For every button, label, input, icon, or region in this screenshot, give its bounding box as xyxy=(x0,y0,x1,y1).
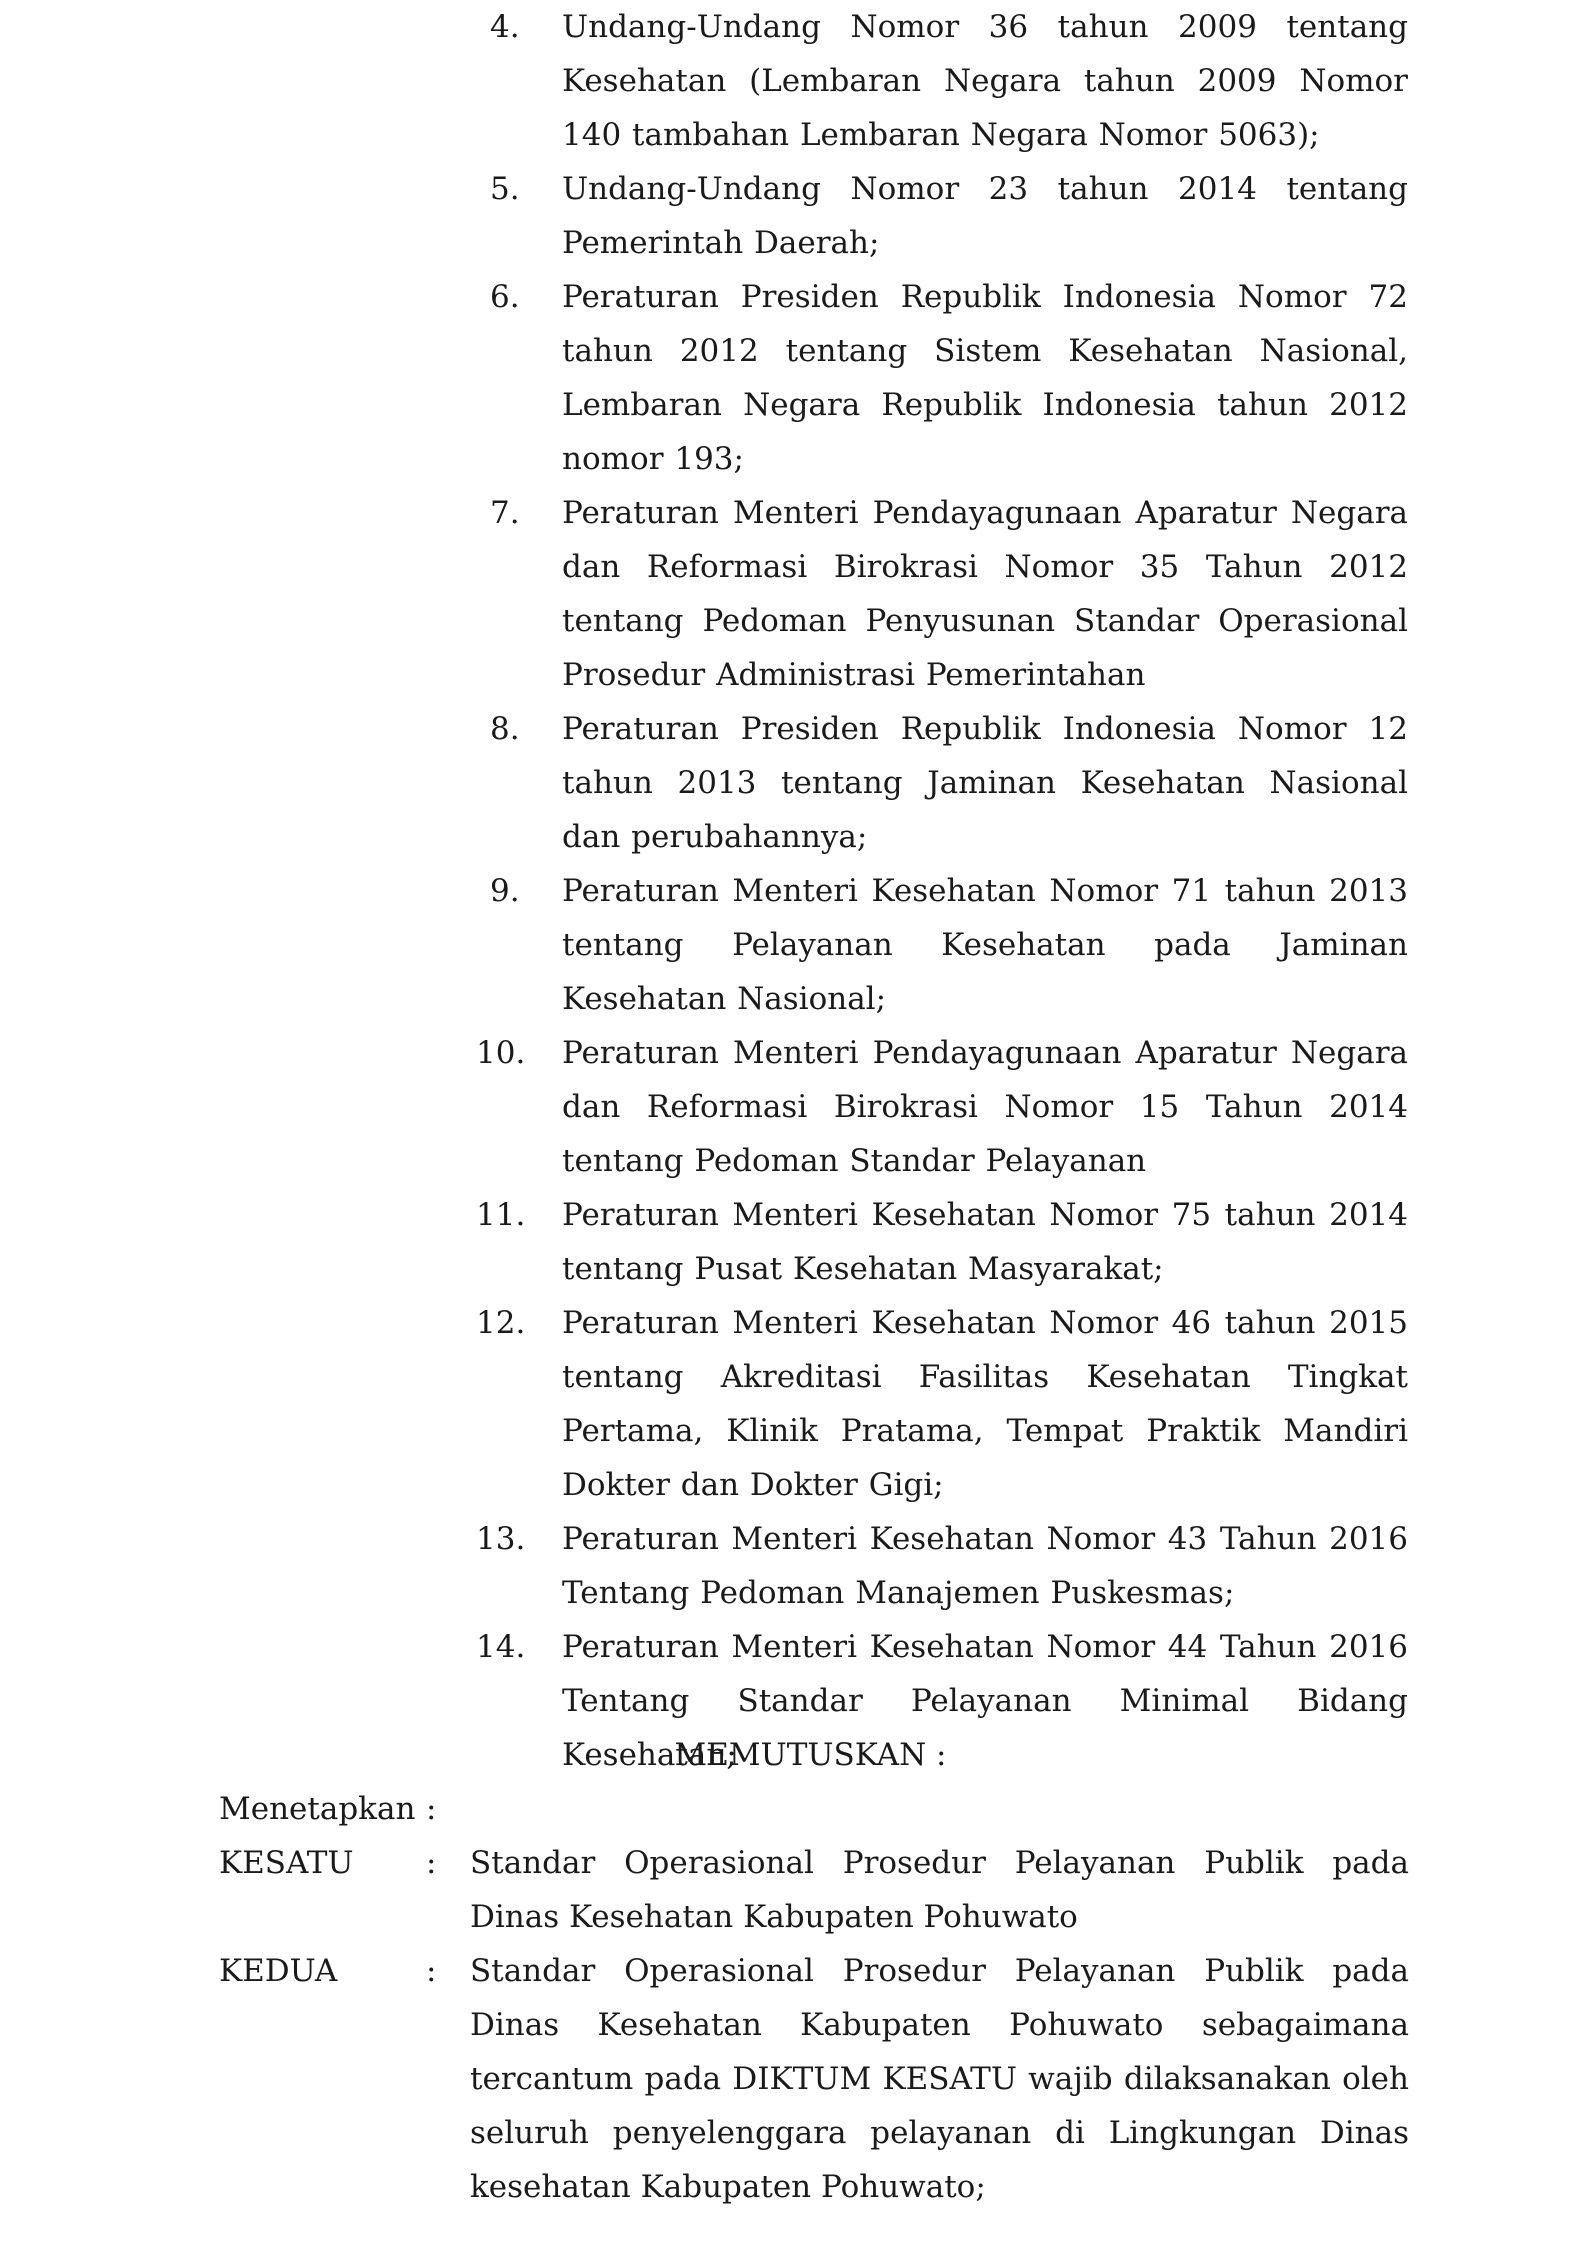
reference-text: Peraturan Menteri Pendayagunaan Aparatur… xyxy=(562,486,1408,702)
reference-item: 5. Undang-Undang Nomor 23 tahun 2014 ten… xyxy=(490,162,1408,270)
diktum-text: Standar Operasional Prosedur Pelayanan P… xyxy=(470,1944,1409,2214)
reference-text: Undang-Undang Nomor 23 tahun 2014 tentan… xyxy=(562,162,1408,270)
reference-number: 10. xyxy=(476,1026,562,1080)
reference-number: 6. xyxy=(490,270,562,324)
reference-number: 9. xyxy=(490,864,562,918)
diktum-row-menetapkan: Menetapkan : xyxy=(219,1782,1409,1836)
reference-item: 12. Peraturan Menteri Kesehatan Nomor 46… xyxy=(490,1296,1408,1512)
reference-text: Peraturan Menteri Pendayagunaan Aparatur… xyxy=(562,1026,1408,1188)
reference-item: 4. Undang-Undang Nomor 36 tahun 2009 ten… xyxy=(490,0,1408,162)
reference-number: 11. xyxy=(476,1188,562,1242)
reference-number: 5. xyxy=(490,162,562,216)
reference-text: Peraturan Presiden Republik Indonesia No… xyxy=(562,702,1408,864)
reference-text: Peraturan Menteri Kesehatan Nomor 46 tah… xyxy=(562,1296,1408,1512)
diktum-label: Menetapkan xyxy=(219,1782,426,1836)
diktum-colon: : xyxy=(426,1782,470,1836)
reference-number: 12. xyxy=(476,1296,562,1350)
reference-number: 14. xyxy=(476,1620,562,1674)
reference-number: 13. xyxy=(476,1512,562,1566)
diktum-colon: : xyxy=(426,1836,470,1890)
diktum-row-kedua: KEDUA : Standar Operasional Prosedur Pel… xyxy=(219,1944,1409,2214)
diktum-row-kesatu: KESATU : Standar Operasional Prosedur Pe… xyxy=(219,1836,1409,1944)
reference-item: 13. Peraturan Menteri Kesehatan Nomor 43… xyxy=(490,1512,1408,1620)
reference-number: 8. xyxy=(490,702,562,756)
reference-text: Peraturan Presiden Republik Indonesia No… xyxy=(562,270,1408,486)
document-page: 4. Undang-Undang Nomor 36 tahun 2009 ten… xyxy=(0,0,1587,2245)
reference-text: Peraturan Menteri Kesehatan Nomor 71 tah… xyxy=(562,864,1408,1026)
diktum-label: KESATU xyxy=(219,1836,426,1890)
reference-number: 4. xyxy=(490,0,562,54)
reference-item: 11. Peraturan Menteri Kesehatan Nomor 75… xyxy=(490,1188,1408,1296)
reference-item: 9. Peraturan Menteri Kesehatan Nomor 71 … xyxy=(490,864,1408,1026)
diktum-section: Menetapkan : KESATU : Standar Operasiona… xyxy=(219,1782,1409,2214)
reference-item: 8. Peraturan Presiden Republik Indonesia… xyxy=(490,702,1408,864)
reference-text: Peraturan Menteri Kesehatan Nomor 75 tah… xyxy=(562,1188,1408,1296)
reference-item: 7. Peraturan Menteri Pendayagunaan Apara… xyxy=(490,486,1408,702)
reference-text: Peraturan Menteri Kesehatan Nomor 43 Tah… xyxy=(562,1512,1408,1620)
reference-item: 6. Peraturan Presiden Republik Indonesia… xyxy=(490,270,1408,486)
reference-item: 10. Peraturan Menteri Pendayagunaan Apar… xyxy=(490,1026,1408,1188)
diktum-text: Standar Operasional Prosedur Pelayanan P… xyxy=(470,1836,1409,1944)
reference-number: 7. xyxy=(490,486,562,540)
decision-heading: MEMUTUSKAN : xyxy=(0,1728,1587,1782)
reference-text: Undang-Undang Nomor 36 tahun 2009 tentan… xyxy=(562,0,1408,162)
legal-reference-list: 4. Undang-Undang Nomor 36 tahun 2009 ten… xyxy=(490,0,1408,1782)
diktum-colon: : xyxy=(426,1944,470,1998)
diktum-label: KEDUA xyxy=(219,1944,426,1998)
